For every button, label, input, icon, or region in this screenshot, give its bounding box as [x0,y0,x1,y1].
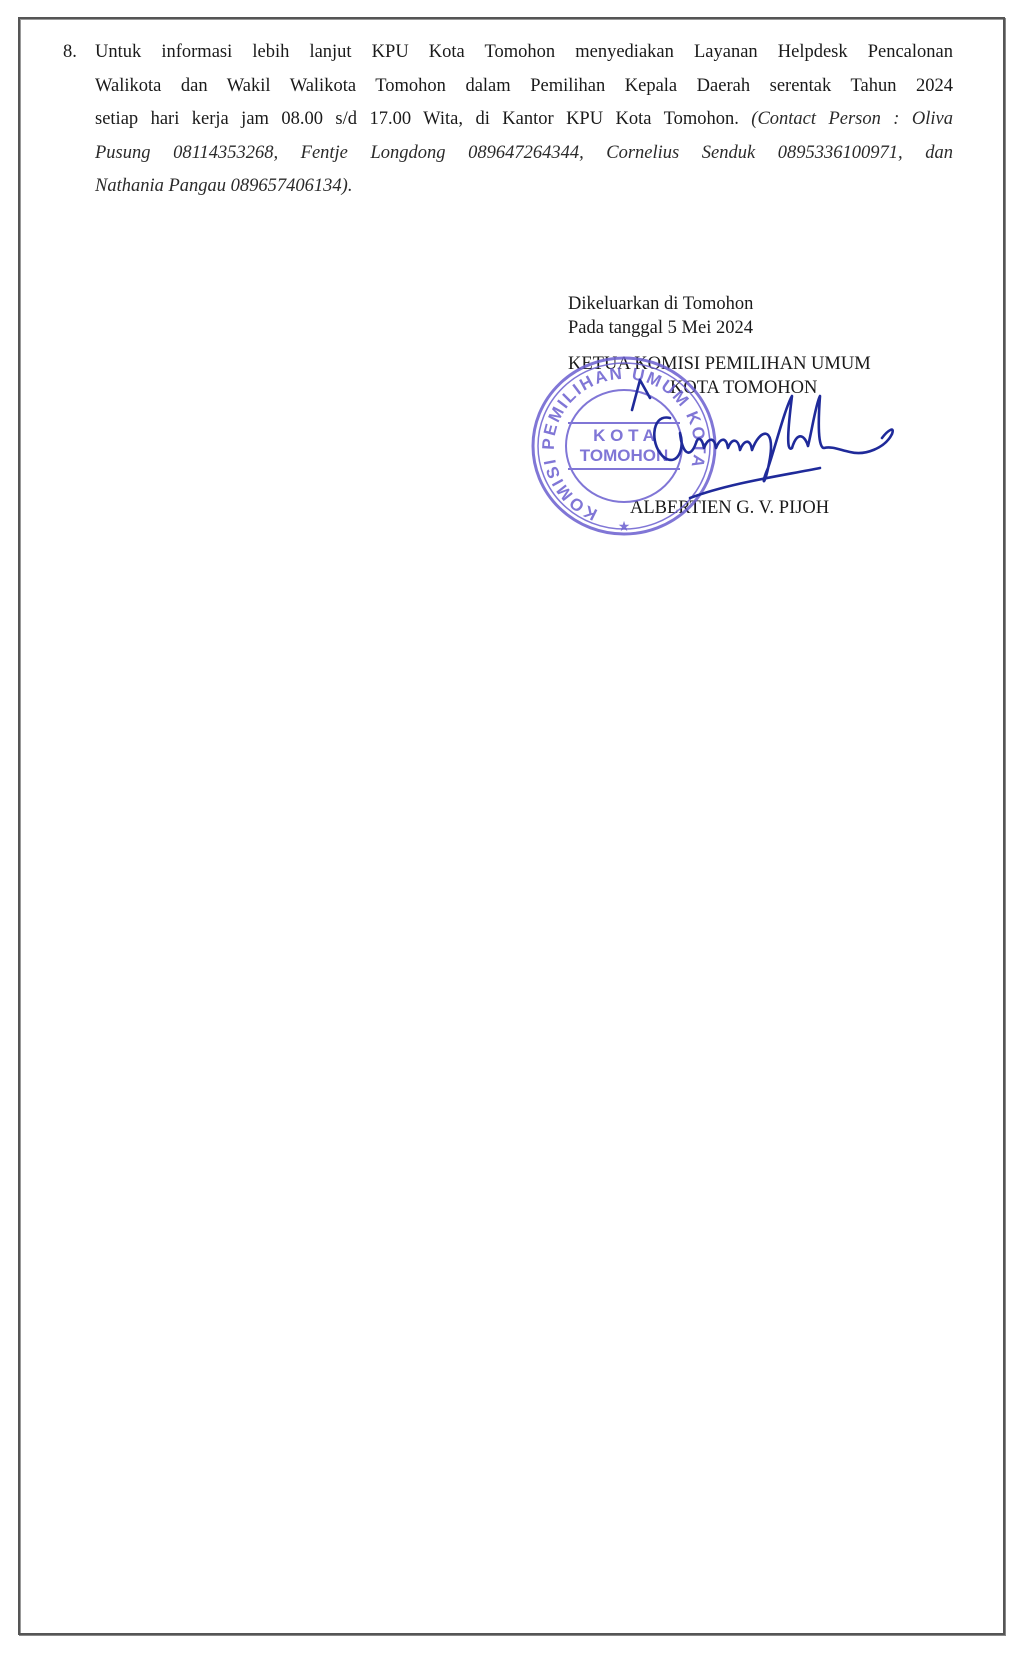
contact-person-text: Pusung 08114353268, Fentje Longdong 0896… [95,143,953,163]
handwritten-signature-icon [610,368,910,518]
item-number: 8. [63,36,77,70]
item-line: Untuk informasi lebih lanjut KPU Kota To… [95,36,953,70]
item-line: Pusung 08114353268, Fentje Longdong 0896… [95,137,953,171]
contact-person-text: (Contact Person : Oliva [739,109,953,129]
issued-place: Dikeluarkan di Tomohon [568,292,871,316]
issued-date: Pada tanggal 5 Mei 2024 [568,316,871,340]
numbered-item-8: 8. Untuk informasi lebih lanjut KPU Kota… [63,36,953,204]
item-body: Untuk informasi lebih lanjut KPU Kota To… [95,36,953,204]
svg-text:★: ★ [618,520,631,535]
page-border [18,17,1005,1635]
item-line: setiap hari kerja jam 08.00 s/d 17.00 Wi… [95,103,953,137]
item-line: Nathania Pangau 089657406134). [95,170,953,204]
item-line: Walikota dan Wakil Walikota Tomohon dala… [95,70,953,104]
contact-person-text: Nathania Pangau 089657406134). [95,176,352,196]
